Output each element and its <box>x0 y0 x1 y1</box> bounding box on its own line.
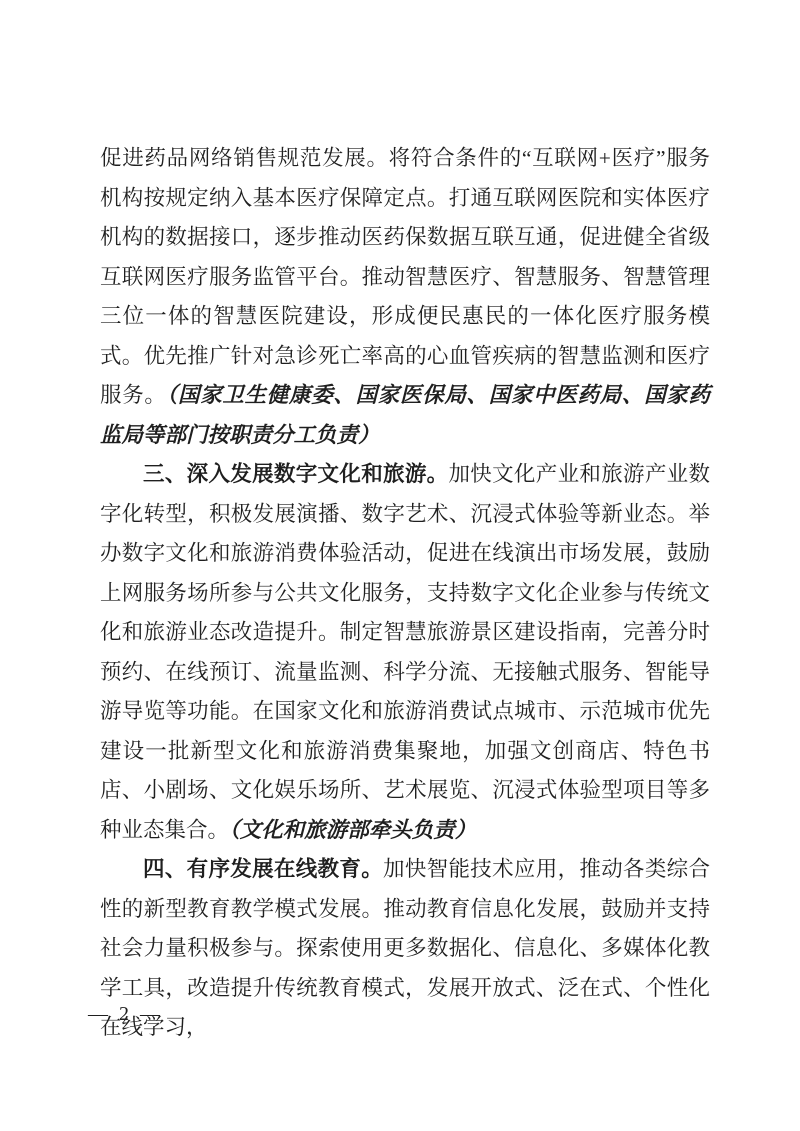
document-page: 促进药品网络销售规范发展。将符合条件的“互联网+医疗”服务机构按规定纳入基本医疗… <box>0 0 800 1131</box>
paragraph-attribution: （国家卫生健康委、国家医保局、国家中医药局、国家药监局等部门按职责分工负责） <box>100 383 710 447</box>
section-heading: 四、有序发展在线教育。 <box>143 857 383 881</box>
paragraph-body: 促进药品网络销售规范发展。将符合条件的“互联网+医疗”服务机构按规定纳入基本医疗… <box>100 146 710 407</box>
paragraph-section-4: 四、有序发展在线教育。加快智能技术应用，推动各类综合性的新型教育教学模式发展。推… <box>100 850 710 1048</box>
paragraph-body: 加快文化产业和旅游产业数字化转型，积极发展演播、数字艺术、沉浸式体验等新业态。举… <box>100 462 710 842</box>
paragraph-continuation: 促进药品网络销售规范发展。将符合条件的“互联网+医疗”服务机构按规定纳入基本医疗… <box>100 139 710 455</box>
paragraph-section-3: 三、深入发展数字文化和旅游。加快文化产业和旅游产业数字化转型，积极发展演播、数字… <box>100 455 710 850</box>
paragraph-attribution: （文化和旅游部牵头负责） <box>229 818 476 842</box>
document-body: 促进药品网络销售规范发展。将符合条件的“互联网+医疗”服务机构按规定纳入基本医疗… <box>100 139 710 1048</box>
paragraph-body: 加快智能技术应用，推动各类综合性的新型教育教学模式发展。推动教育信息化发展，鼓励… <box>100 857 710 1039</box>
page-number: — 2 — <box>88 1001 163 1027</box>
section-heading: 三、深入发展数字文化和旅游。 <box>143 462 448 486</box>
